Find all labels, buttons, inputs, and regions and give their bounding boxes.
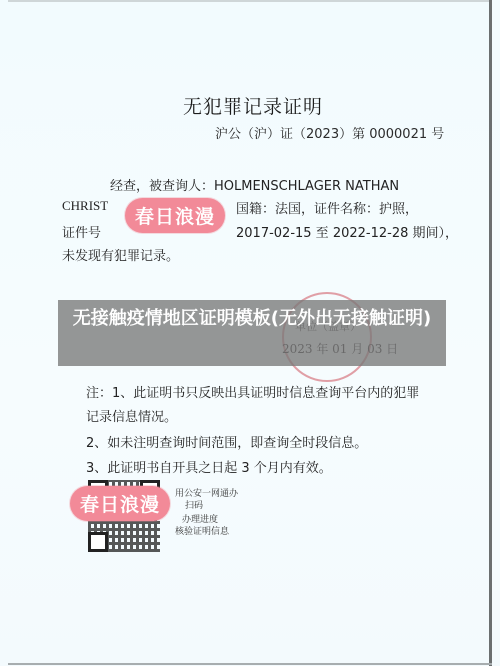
note-1-cont: 记录信息情况。	[86, 406, 177, 425]
body-line-2a: CHRIST	[62, 198, 108, 214]
body-line-2b: 国籍：法国，证件名称：护照，	[236, 198, 418, 217]
page-edge-right	[489, 0, 492, 666]
body-line-4: 未发现有犯罪记录。	[62, 245, 179, 264]
watermark-top: 春日浪漫	[125, 198, 225, 233]
banner-title: 无接触疫情地区证明模板(无外出无接触证明)	[58, 306, 446, 332]
note-2: 2、如未注明查询时间范围，即查询全时段信息。	[86, 432, 367, 451]
qr-caption-4: 核验证明信息	[175, 524, 229, 537]
document-title: 无犯罪记录证明	[183, 92, 323, 119]
note-1: 注：1、此证明书只反映出具证明时信息查询平台内的犯罪	[86, 382, 419, 401]
note-3: 3、此证明书自开具之日起 3 个月内有效。	[86, 457, 332, 476]
document-number: 沪公（沪）证（2023）第 0000021 号	[215, 123, 444, 142]
watermark-bottom: 春日浪漫	[70, 486, 170, 521]
page-edge-bottom	[8, 663, 492, 665]
title-banner: 无接触疫情地区证明模板(无外出无接触证明)	[58, 300, 446, 366]
body-line-3a: 证件号	[62, 222, 101, 241]
body-line-1: 经查，被查询人：HOLMENSCHLAGER NATHAN	[110, 175, 399, 194]
body-line-3b: 2017-02-15 至 2022-12-28 期间），	[236, 222, 458, 241]
page-edge-top	[8, 0, 490, 2]
qr-caption-2: 扫码	[185, 498, 203, 511]
qr-finder-bottom-left	[88, 532, 108, 552]
